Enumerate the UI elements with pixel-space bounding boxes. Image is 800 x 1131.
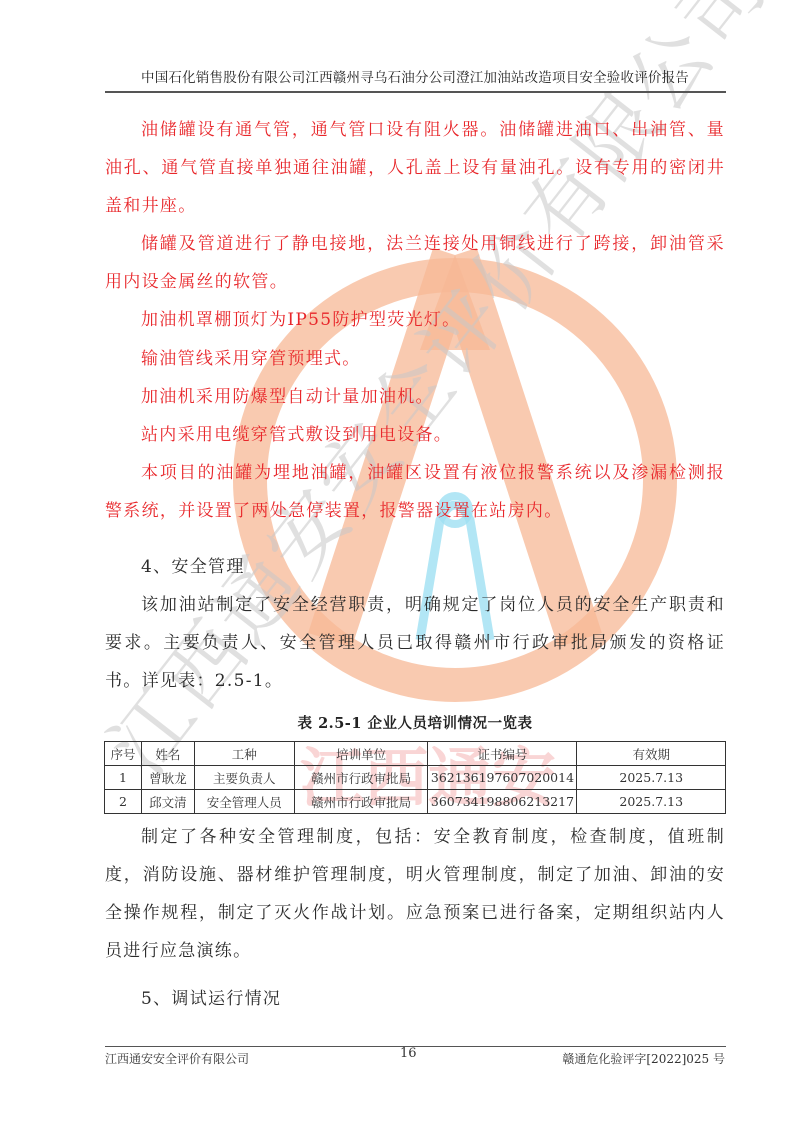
cell-name: 曾耿龙 [141, 766, 194, 790]
cell-index: 2 [105, 790, 142, 814]
col-header-validity: 有效期 [577, 742, 726, 766]
col-header-certificate-no: 证书编号 [428, 742, 577, 766]
cell-training-unit: 赣州市行政审批局 [294, 766, 428, 790]
cell-certificate-no: 362136197607020014 [428, 766, 577, 790]
running-header: 中国石化销售股份有限公司江西赣州寻乌石油分公司澄江加油站改造项目安全验收评价报告 [105, 66, 725, 86]
col-header-name: 姓名 [141, 742, 194, 766]
cell-validity: 2025.7.13 [577, 766, 726, 790]
footer-company: 江西通安安全评价有限公司 [105, 1050, 249, 1067]
col-header-training-unit: 培训单位 [294, 742, 428, 766]
header-rule [105, 91, 726, 93]
paragraph-dispenser: 加油机采用防爆型自动计量加油机。 [105, 378, 725, 416]
document-page: 江西通安安全评价有限公司 江西通安 中国石化销售股份有限公司江西赣州寻乌石油分公… [0, 0, 800, 1131]
section-heading-safety-management: 4、安全管理 [105, 548, 725, 586]
cell-job-type: 安全管理人员 [194, 790, 294, 814]
cell-validity: 2025.7.13 [577, 790, 726, 814]
page-number: 16 [400, 1046, 440, 1061]
paragraph-alarm-system: 本项目的油罐为埋地油罐，油罐区设置有液位报警系统以及渗漏检测报警系统，并设置了两… [105, 454, 725, 530]
footer-doc-number: 赣通危化验评字[2022]025 号 [562, 1050, 725, 1067]
section-heading-trial-operation: 5、调试运行情况 [105, 980, 725, 1018]
cell-index: 1 [105, 766, 142, 790]
cell-training-unit: 赣州市行政审批局 [294, 790, 428, 814]
cell-name: 邱文清 [141, 790, 194, 814]
col-header-index: 序号 [105, 742, 142, 766]
paragraph-safety-duties: 该加油站制定了安全经营职责，明确规定了岗位人员的安全生产职责和要求。主要负责人、… [105, 586, 725, 700]
paragraph-cabling: 站内采用电缆穿管式敷设到用电设备。 [105, 416, 725, 454]
training-table: 序号 姓名 工种 培训单位 证书编号 有效期 1 曾耿龙 主要负责人 赣州市行政… [104, 741, 726, 814]
table-row: 2 邱文清 安全管理人员 赣州市行政审批局 360734198806213217… [105, 790, 726, 814]
paragraph-lighting: 加油机罩棚顶灯为IP55防护型荧光灯。 [105, 301, 725, 339]
paragraph-tank-vents: 油储罐设有通气管，通气管口设有阻火器。油储罐进油口、出油管、量油孔、通气管直接单… [105, 111, 725, 225]
paragraph-pipeline: 输油管线采用穿管预埋式。 [105, 340, 725, 378]
paragraph-grounding: 储罐及管道进行了静电接地，法兰连接处用铜线进行了跨接，卸油管采用内设金属丝的软管… [105, 225, 725, 301]
col-header-job-type: 工种 [194, 742, 294, 766]
cell-job-type: 主要负责人 [194, 766, 294, 790]
table-caption: 表 2.5-1 企业人员培训情况一览表 [105, 712, 725, 733]
cell-certificate-no: 360734198806213217 [428, 790, 577, 814]
table-row: 1 曾耿龙 主要负责人 赣州市行政审批局 362136197607020014 … [105, 766, 726, 790]
table-header-row: 序号 姓名 工种 培训单位 证书编号 有效期 [105, 742, 726, 766]
paragraph-management-systems: 制定了各种安全管理制度，包括：安全教育制度，检查制度，值班制度，消防设施、器材维… [105, 818, 725, 970]
